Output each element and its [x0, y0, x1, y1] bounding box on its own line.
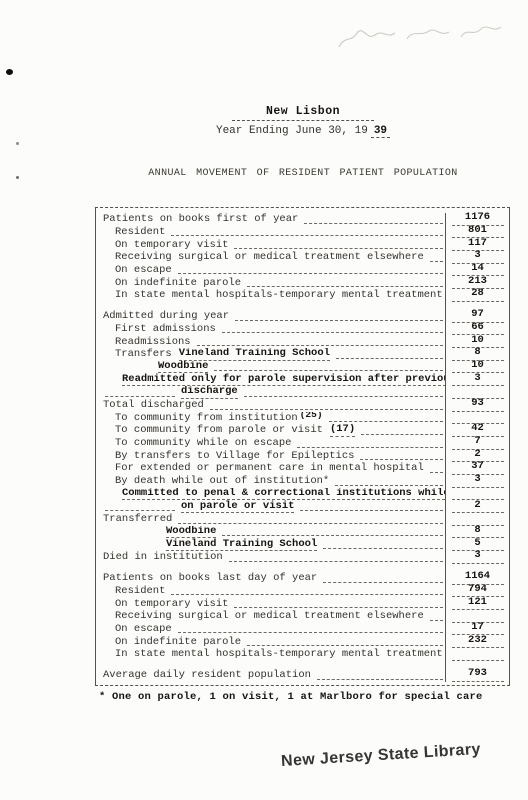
library-stamp: New Jersey State Library	[281, 741, 482, 771]
table-row: To community from institution(25)	[96, 412, 509, 425]
row-label: Patients on books last day of year	[103, 573, 317, 585]
typed-insert-label: on parole or visit	[181, 501, 294, 514]
table-row: Resident801	[96, 226, 509, 239]
dotted-leader	[244, 395, 443, 397]
table-row: Woodbine10	[96, 361, 509, 374]
row-label: Receiving surgical or medical treatment …	[115, 252, 424, 264]
table-row: By transfers to Village for Epileptics2	[96, 450, 509, 463]
row-label: Total discharged	[103, 400, 204, 412]
dotted-leader	[361, 433, 443, 435]
scan-speck	[16, 142, 19, 145]
table-row: TransfersVineland Training School8	[96, 348, 509, 361]
dotted-leader	[235, 319, 443, 321]
row-label: Died in institution	[103, 552, 223, 564]
table-row: Average daily resident population793	[96, 669, 509, 682]
section-spacer	[96, 661, 509, 669]
table-row: Resident794	[96, 585, 509, 598]
facility-name: New Lisbon	[266, 105, 340, 118]
dotted-leader	[247, 285, 443, 287]
dotted-leader	[297, 446, 443, 448]
dotted-leader	[234, 606, 443, 608]
row-label: Resident	[115, 227, 165, 239]
table-row: Readmitted only for parole supervision a…	[96, 373, 509, 386]
table-row: Patients on books first of year1176	[96, 213, 509, 226]
value-cell	[445, 648, 509, 661]
table-row: On indefinite parole213	[96, 276, 509, 289]
dotted-leader	[323, 547, 443, 549]
footnote: * One on parole, 1 on visit, 1 at Marlbo…	[99, 691, 483, 703]
table-row: discharge	[96, 386, 509, 399]
dotted-leader	[171, 234, 443, 236]
dotted-leader	[234, 247, 443, 249]
table-row: On temporary visit121	[96, 597, 509, 610]
row-label: To community from parole or visit	[115, 425, 323, 437]
dotted-leader	[317, 678, 443, 680]
scan-dot	[6, 69, 13, 75]
table-row: on parole or visit2	[96, 500, 509, 513]
dotted-leader	[300, 509, 443, 511]
table-row: On escape14	[96, 264, 509, 277]
table-row: Receiving surgical or medical treatment …	[96, 251, 509, 264]
typed-insert-label: Woodbine	[158, 361, 208, 374]
table-row: To community while on escape7	[96, 437, 509, 450]
row-label: To community from institution	[115, 413, 298, 425]
dotted-leader	[329, 420, 443, 422]
typed-insert-label: discharge	[181, 386, 238, 399]
table-row: To community from parole or visit(17)42	[96, 424, 509, 437]
dotted-leader	[336, 357, 443, 359]
table-row: Transferred	[96, 513, 509, 526]
value-cell: 28	[445, 289, 509, 302]
row-value	[452, 647, 504, 661]
value-cell: 793	[445, 669, 509, 682]
table-row: On indefinite parole232	[96, 635, 509, 648]
table-rows: Patients on books first of year1176Resid…	[96, 213, 509, 682]
dotted-leader	[178, 272, 443, 274]
dotted-leader	[430, 619, 443, 621]
dotted-leader	[360, 458, 443, 460]
row-label: On temporary visit	[115, 599, 228, 611]
typed-insert-label: Vineland Training School	[179, 348, 330, 361]
table-row: Woodbine8	[96, 526, 509, 539]
year-line: Year Ending June 30, 1939	[95, 125, 511, 137]
row-label: Admitted during year	[103, 311, 229, 323]
row-label: Readmissions	[115, 337, 191, 349]
row-value: 793	[452, 668, 504, 682]
row-label: By death while out of institution*	[115, 476, 329, 488]
table-row: Receiving surgical or medical treatment …	[96, 610, 509, 623]
row-label: First admissions	[115, 324, 216, 336]
document-header: New Lisbon Year Ending June 30, 1939 ANN…	[95, 101, 511, 179]
dotted-leader	[214, 369, 443, 371]
table-row: First admissions66	[96, 323, 509, 336]
row-label: By transfers to Village for Epileptics	[115, 451, 354, 463]
section-spacer	[96, 564, 509, 572]
typed-insert-label: Vineland Training School	[166, 539, 317, 552]
row-label: Patients on books first of year	[103, 214, 298, 226]
typed-insert-label: Readmitted only for parole supervision a…	[122, 374, 445, 387]
row-label: Transfers	[115, 349, 172, 361]
dotted-leader	[178, 631, 443, 633]
typed-insert-label: Committed to penal & correctional instit…	[122, 488, 445, 501]
row-label: On temporary visit	[115, 240, 228, 252]
table-row: In state mental hospitals-temporary ment…	[96, 289, 509, 302]
row-label: Transferred	[103, 514, 172, 526]
value-cell: 3	[445, 551, 509, 564]
row-label: To community while on escape	[115, 438, 291, 450]
row-label: On indefinite parole	[115, 637, 241, 649]
dotted-leader	[430, 260, 443, 262]
year-prefix: Year Ending June 30, 19	[216, 125, 368, 137]
dotted-leader	[323, 581, 443, 583]
dotted-leader	[430, 471, 443, 473]
table-row: Vineland Training School5	[96, 538, 509, 551]
dotted-leader	[222, 534, 443, 536]
dotted-leader	[105, 395, 175, 397]
row-label: On escape	[115, 265, 172, 277]
dotted-leader	[171, 593, 443, 595]
scan-speck	[16, 176, 19, 179]
row-value: 28	[452, 288, 504, 302]
dotted-leader	[210, 408, 443, 410]
row-label: For extended or permanent care in mental…	[115, 463, 424, 475]
typed-insert-label: (17)	[330, 424, 355, 437]
row-label: On escape	[115, 624, 172, 636]
patient-movement-table: Patients on books first of year1176Resid…	[95, 207, 510, 686]
scanned-document-page: New Lisbon Year Ending June 30, 1939 ANN…	[0, 0, 528, 800]
row-label: On indefinite parole	[115, 278, 241, 290]
dotted-leader	[178, 522, 443, 524]
dotted-leader	[229, 560, 443, 562]
year-value: 39	[371, 125, 390, 138]
dotted-leader	[222, 331, 443, 333]
table-row: Patients on books last day of year1164	[96, 572, 509, 585]
table-row: Total discharged93	[96, 399, 509, 412]
dotted-leader	[247, 644, 443, 646]
inline-count-annotation: (25)	[300, 412, 323, 421]
dotted-leader	[105, 509, 175, 511]
table-row: Readmissions10	[96, 335, 509, 348]
table-row: Committed to penal & correctional instit…	[96, 488, 509, 501]
dotted-leader	[304, 222, 443, 224]
handwritten-annotation	[333, 13, 511, 57]
table-row: On temporary visit117	[96, 238, 509, 251]
dotted-leader	[197, 344, 443, 346]
row-label: Average daily resident population	[103, 670, 311, 682]
row-label: In state mental hospitals-temporary ment…	[115, 290, 443, 302]
table-row: Admitted during year97	[96, 310, 509, 323]
facility-name-line: New Lisbon	[232, 101, 374, 121]
row-value: 3	[452, 550, 504, 564]
row-label: Receiving surgical or medical treatment …	[115, 611, 424, 623]
table-row: Died in institution3	[96, 551, 509, 564]
section-spacer	[96, 302, 509, 310]
typed-insert-label: Woodbine	[166, 526, 216, 539]
row-label: In state mental hospitals-temporary ment…	[115, 649, 443, 661]
table-row: In state mental hospitals-temporary ment…	[96, 648, 509, 661]
dotted-leader	[335, 484, 443, 486]
table-row: For extended or permanent care in mental…	[96, 462, 509, 475]
table-row: By death while out of institution*3	[96, 475, 509, 488]
document-title: ANNUAL MOVEMENT OF RESIDENT PATIENT POPU…	[95, 168, 511, 179]
table-row: On escape17	[96, 623, 509, 636]
row-label: Resident	[115, 586, 165, 598]
